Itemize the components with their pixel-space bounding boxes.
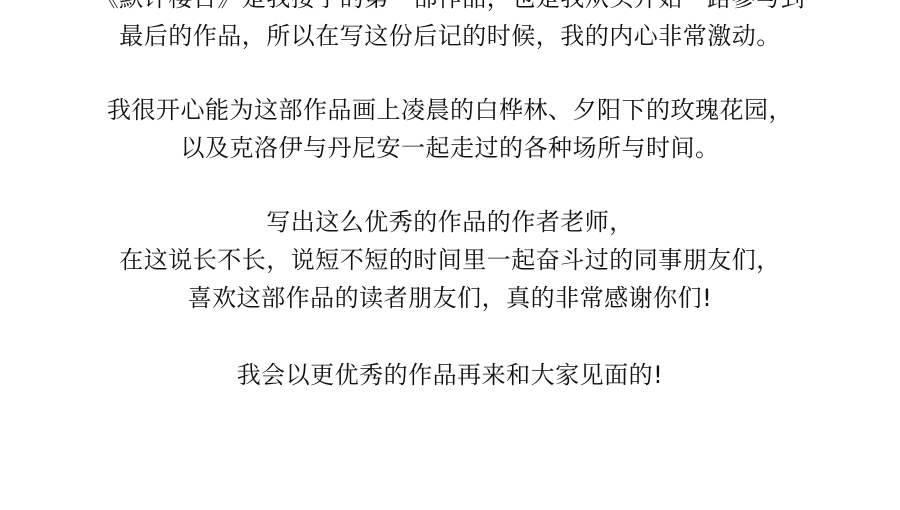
afterword-line-3-3: 喜欢这部作品的读者朋友们，真的非常感谢你们! bbox=[0, 283, 900, 313]
afterword-line-1-2: 最后的作品，所以在写这份后记的时候，我的内心非常激动。 bbox=[0, 21, 900, 51]
afterword-line-4-1: 我会以更优秀的作品再来和大家见面的! bbox=[0, 360, 900, 390]
afterword-line-2-2: 以及克洛伊与丹尼安一起走过的各种场所与时间。 bbox=[0, 133, 900, 163]
afterword-line-1-1: 《默许楼台》是我接手的第一部作品，也是我从头开始一路参与到 bbox=[0, 0, 900, 13]
afterword-line-3-2: 在这说长不长，说短不短的时间里一起奋斗过的同事朋友们， bbox=[0, 245, 900, 275]
afterword-line-2-1: 我很开心能为这部作品画上凌晨的白桦林、夕阳下的玫瑰花园， bbox=[0, 95, 900, 125]
afterword-page: 《默许楼台》是我接手的第一部作品，也是我从头开始一路参与到 最后的作品，所以在写… bbox=[0, 0, 900, 510]
afterword-line-3-1: 写出这么优秀的作品的作者老师， bbox=[0, 207, 900, 237]
